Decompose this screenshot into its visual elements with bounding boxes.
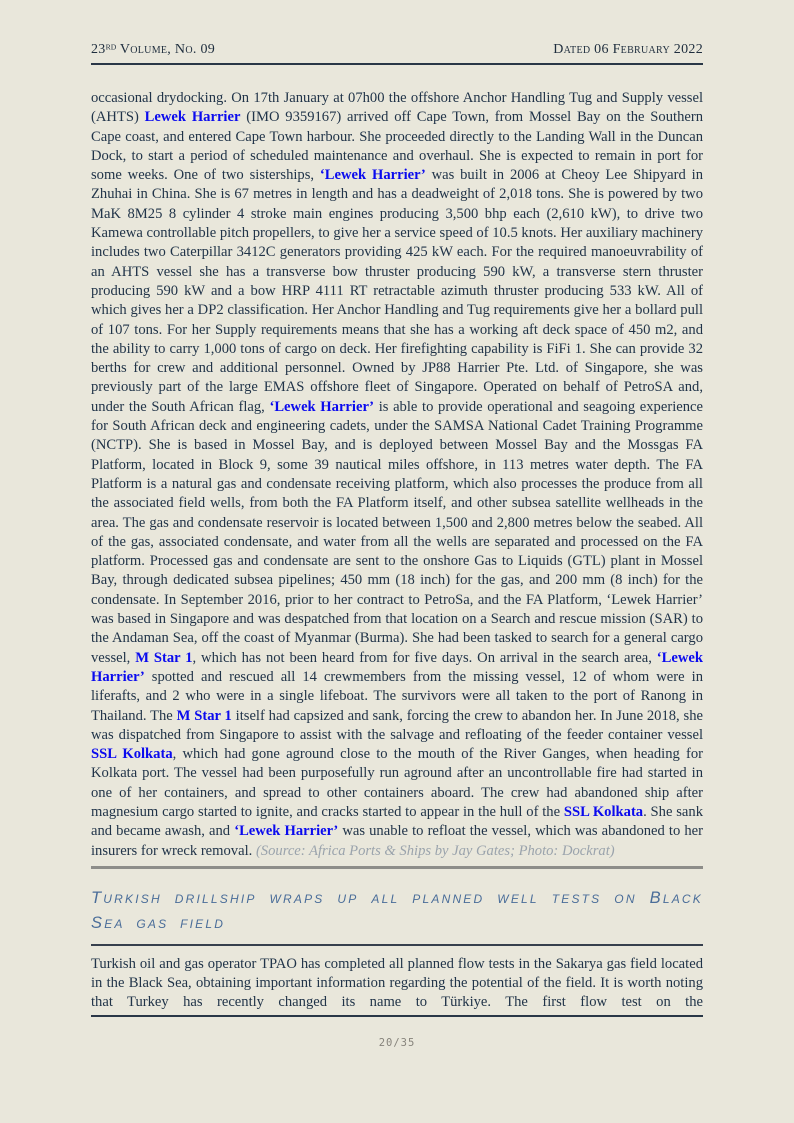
vessel-name: Lewek Harrier [145, 109, 241, 125]
source-attribution: (Source: Africa Ports & Ships by Jay Gat… [256, 843, 615, 859]
vessel-name: SSL Kolkata [564, 804, 643, 820]
paragraph-text: was built in 2006 at Cheoy Lee Shipyard … [91, 167, 703, 415]
page-body: occasional drydocking. On 17th January a… [91, 89, 703, 1017]
vessel-name: ‘Lewek Harrier’ [269, 399, 374, 415]
heading-divider [91, 944, 703, 946]
section-heading: Turkish drillship wraps up all planned w… [91, 886, 703, 936]
volume-number: 23 [91, 42, 106, 57]
date-label: Dated 06 February 2022 [553, 42, 703, 58]
page-header: 23RD Volume, No. 09 Dated 06 February 20… [91, 42, 703, 58]
paragraph-text: is able to provide operational and seago… [91, 399, 703, 666]
volume-rest: Volume, No. 09 [116, 42, 215, 57]
header-divider [91, 63, 703, 65]
vessel-name: M Star 1 [135, 650, 192, 666]
volume-label: 23RD Volume, No. 09 [91, 42, 215, 58]
page-number: 20/35 [379, 1037, 416, 1049]
volume-ordinal-suffix: RD [106, 43, 117, 52]
article-paragraph: occasional drydocking. On 17th January a… [91, 89, 703, 861]
vessel-name: M Star 1 [177, 708, 232, 724]
article2-paragraph: Turkish oil and gas operator TPAO has co… [91, 955, 703, 1013]
page-footer: 20/35 [91, 1037, 703, 1049]
vessel-name: ‘Lewek Harrier’ [234, 823, 338, 839]
document-page: 23RD Volume, No. 09 Dated 06 February 20… [0, 0, 794, 1123]
paragraph-text: , which has not been heard from for five… [193, 650, 657, 666]
page-bottom-divider [91, 1015, 703, 1017]
vessel-name: SSL Kolkata [91, 746, 173, 762]
vessel-name: ‘Lewek Harrier’ [320, 167, 426, 183]
article-end-divider [91, 866, 703, 869]
